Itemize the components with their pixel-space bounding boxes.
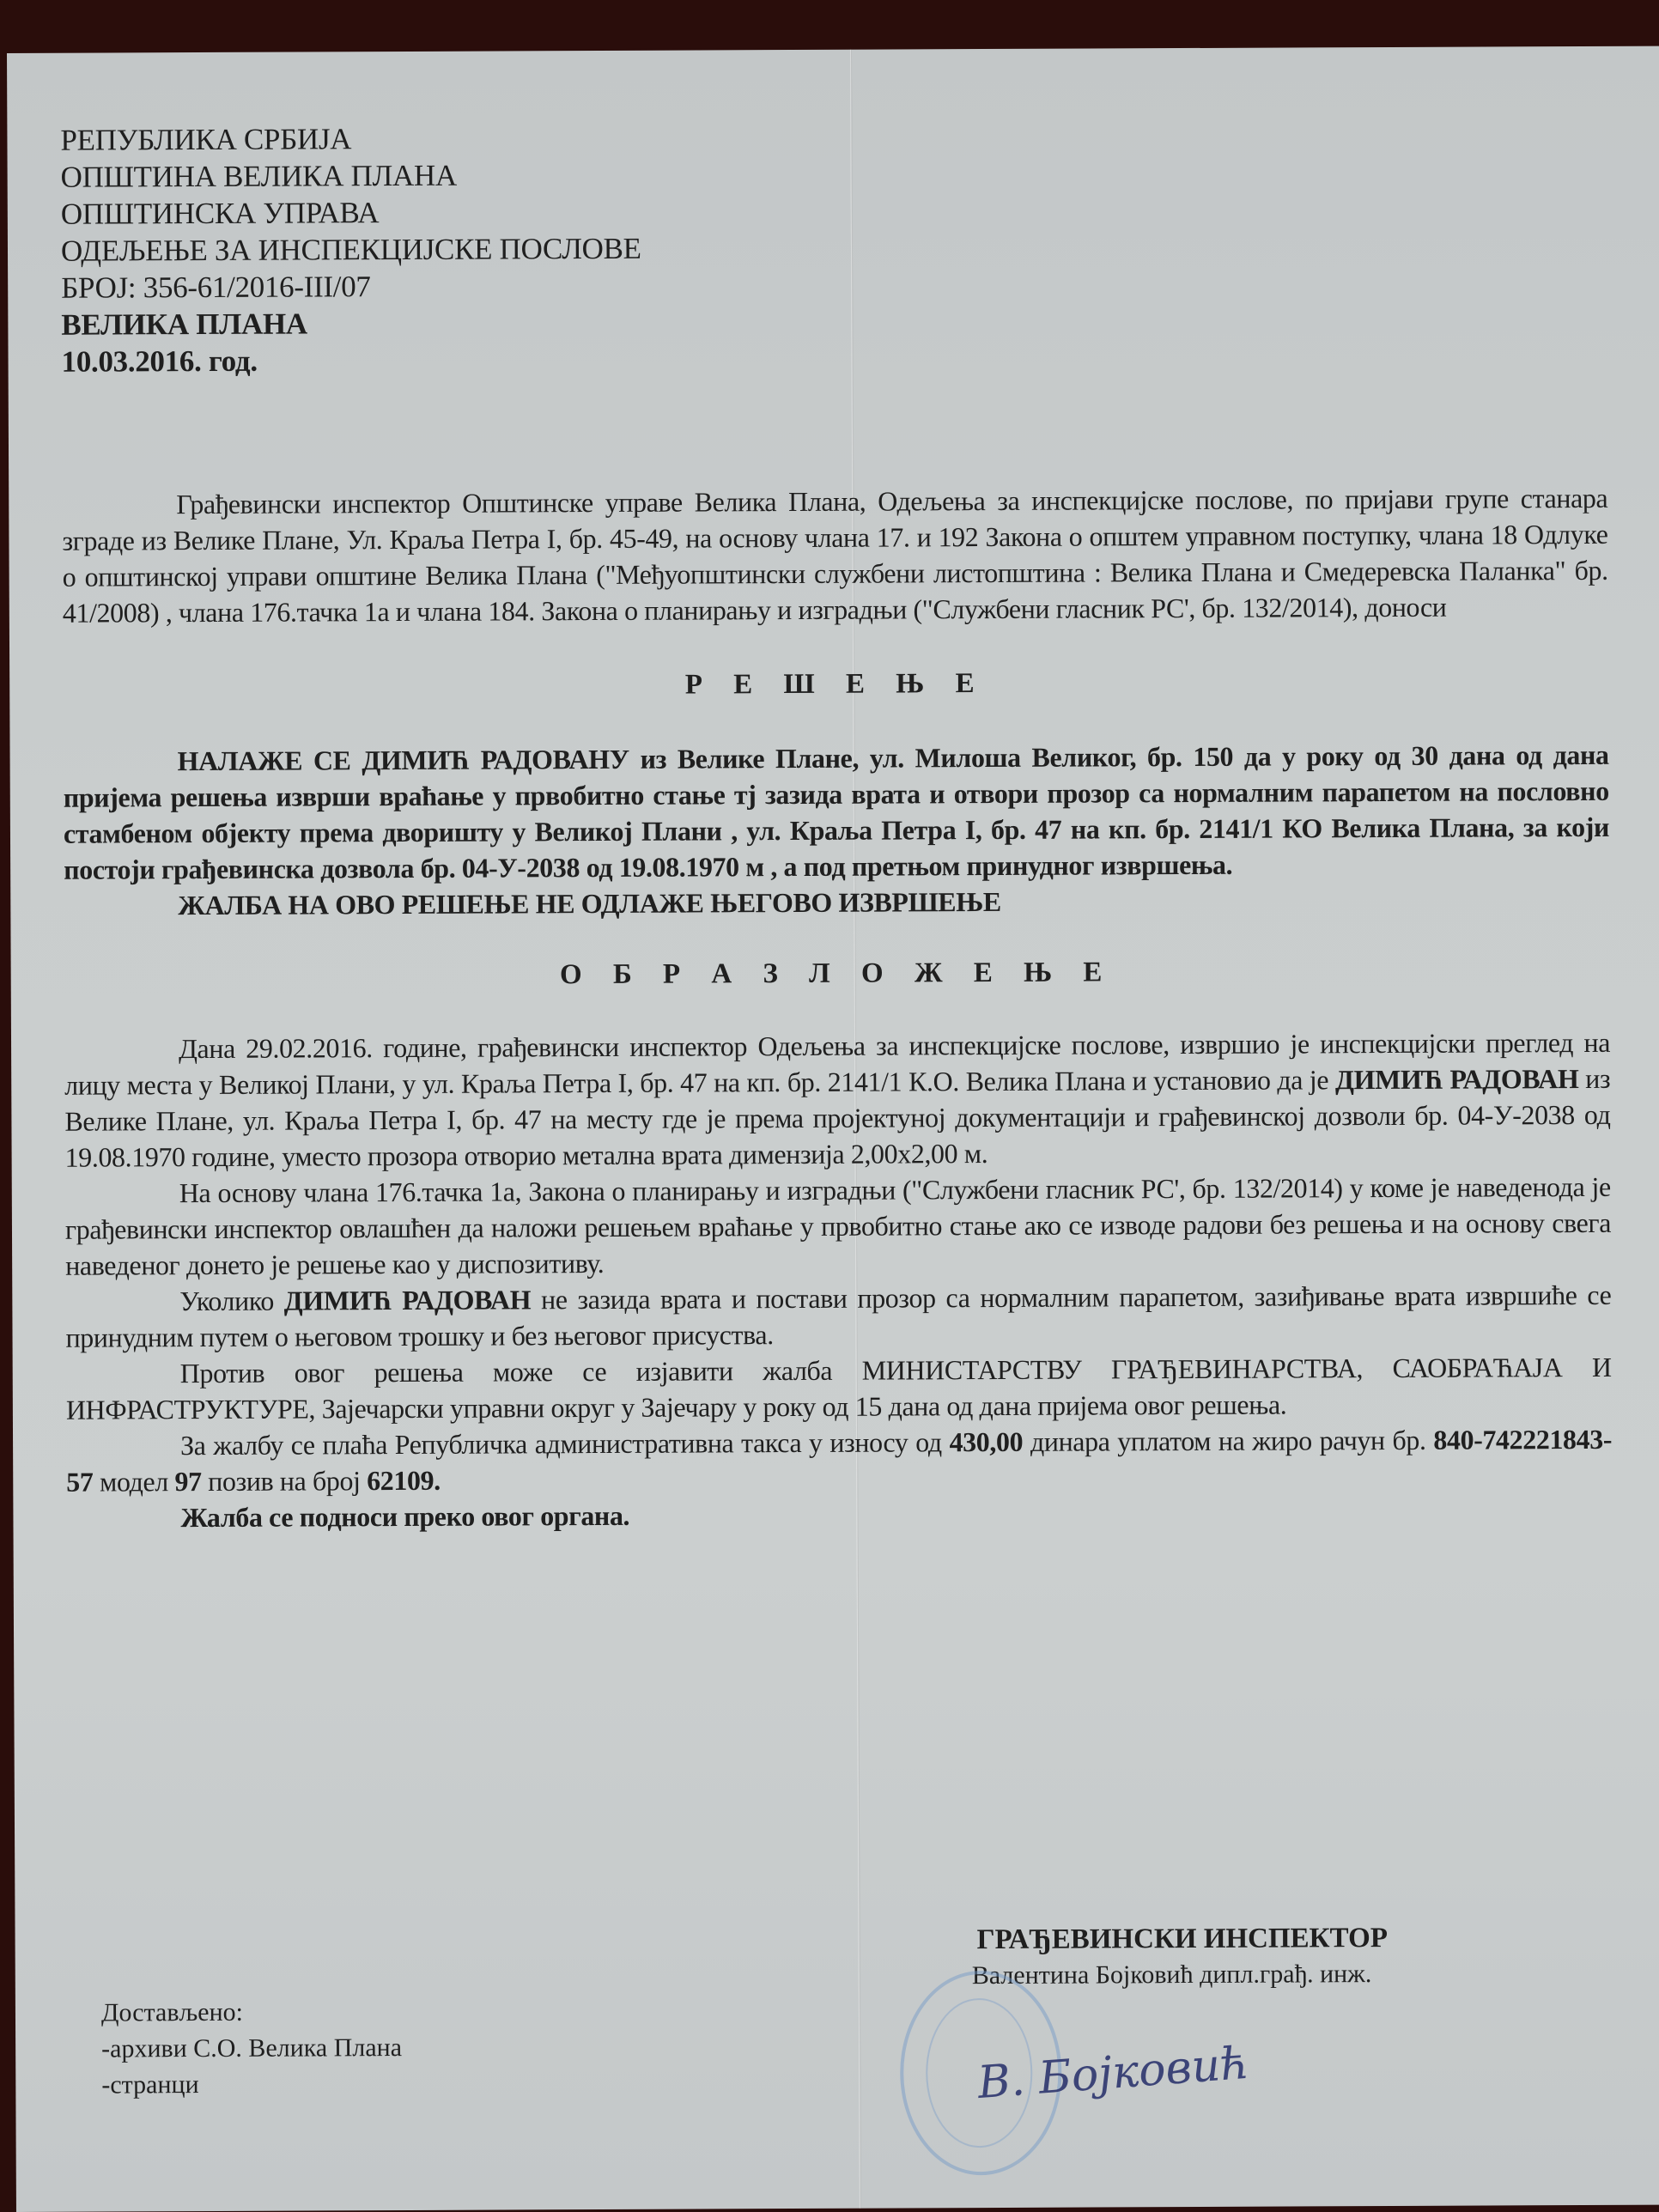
fee-paragraph: За жалбу се плаћа Републичка администрат…: [66, 1421, 1612, 1500]
preamble: Грађевински инспектор Општинске управе В…: [62, 480, 1608, 631]
delivery-item: -архиви С.О. Велика Плана: [101, 2030, 402, 2068]
reasoning-paragraph-2: На основу члана 176.тачка 1а, Закона о п…: [65, 1169, 1612, 1284]
appeal-not-suspensive: ЖАЛБА НА ОВО РЕШЕЊЕ НЕ ОДЛАЖЕ ЊЕГОВО ИЗВ…: [64, 881, 1609, 924]
document-page: РЕПУБЛИКА СРБИЈА ОПШТИНА ВЕЛИКА ПЛАНА ОП…: [7, 46, 1659, 2212]
document-body: РЕПУБЛИКА СРБИЈА ОПШТИНА ВЕЛИКА ПЛАНА ОП…: [60, 115, 1612, 1536]
letterhead: РЕПУБЛИКА СРБИЈА ОПШТИНА ВЕЛИКА ПЛАНА ОП…: [60, 115, 1607, 380]
party-name: ДИМИЋ РАДОВАН: [284, 1284, 532, 1316]
delivery-item: -странци: [101, 2066, 402, 2104]
text: модел: [93, 1466, 174, 1497]
decision-title: Р Е Ш Е Њ Е: [63, 665, 1608, 704]
delivery-list: Достављено: -архиви С.О. Велика Плана -с…: [101, 1994, 402, 2104]
text: позив на број: [202, 1465, 368, 1497]
reasoning-title: О Б Р А З Л О Ж Е Њ Е: [64, 955, 1610, 994]
reference-number: 62109.: [367, 1465, 441, 1496]
document-date: 10.03.2016. год.: [61, 337, 1607, 380]
text: За жалбу се плаћа Републичка администрат…: [180, 1426, 950, 1461]
fee-amount: 430,00: [949, 1426, 1023, 1457]
signature-block: ГРАЂЕВИНСКИ ИНСПЕКТОР Валентина Бојковић…: [977, 1919, 1389, 1993]
reasoning-paragraph-4: Против овог решења може се изјавити жалб…: [66, 1349, 1612, 1428]
signatory-title: ГРАЂЕВИНСКИ ИНСПЕКТОР: [977, 1919, 1389, 1959]
signatory-name: Валентина Бојковић дипл.грађ. инж.: [972, 1957, 1389, 1993]
payment-model: 97: [174, 1466, 201, 1497]
decision-order-lead: НАЛАЖЕ СЕ ДИМИЋ РАДОВАНУ: [178, 744, 629, 776]
text: Уколико: [179, 1285, 284, 1317]
party-name: ДИМИЋ РАДОВАН: [1335, 1063, 1579, 1095]
decision-order: НАЛАЖЕ СЕ ДИМИЋ РАДОВАНУ из Велике Плане…: [64, 737, 1610, 888]
reasoning-paragraph-1: Дана 29.02.2016. године, грађевински инс…: [64, 1024, 1611, 1176]
text: динара уплатом на жиро рачун бр.: [1023, 1425, 1433, 1457]
reasoning-paragraph-3: Уколико ДИМИЋ РАДОВАН не зазида врата и …: [65, 1277, 1611, 1356]
delivery-label: Достављено:: [101, 1994, 402, 2032]
appeal-submission-note: Жалба се подноси преко овог органа.: [66, 1493, 1612, 1536]
